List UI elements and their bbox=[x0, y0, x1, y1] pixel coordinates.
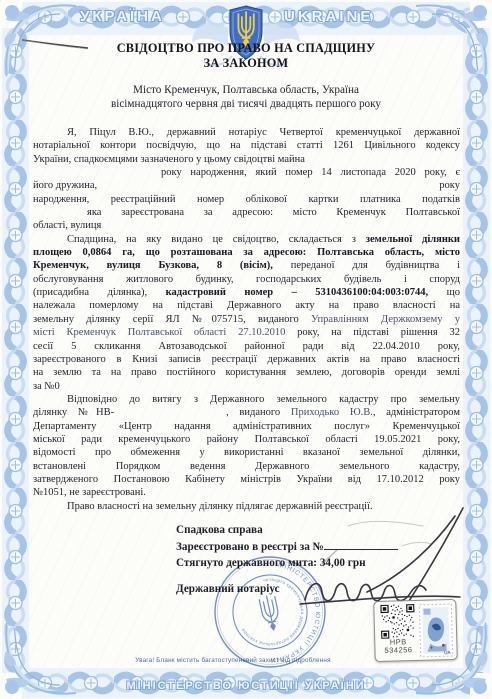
document-line: ділянку №НВ-, виданого Приходько Ю.В., а… bbox=[33, 406, 460, 419]
staple bbox=[14, 30, 104, 60]
document-line: (присадибна ділянка), кадастровий номер … bbox=[33, 286, 460, 299]
sticker-code: НРВ 534256 bbox=[384, 638, 412, 655]
date-line: вісімнадцятого червня дві тисячі двадцят… bbox=[0, 98, 492, 112]
document-line: України, спадкоємцями зазначеного у цьом… bbox=[33, 153, 460, 166]
document-line: року народження, який помер 14 листопада… bbox=[33, 166, 460, 179]
document-line: міської ради кременчуцького району Полта… bbox=[33, 433, 460, 446]
country-label-ua: УКРАЇНА bbox=[80, 7, 165, 27]
document-line: площею 0,0864 га, що розташована за адре… bbox=[33, 246, 460, 259]
postage-stamp-image: UA bbox=[417, 603, 454, 658]
document-line: земельну ділянку серії ЯЛ №075715, видан… bbox=[33, 313, 460, 326]
document-line: області, вулиця bbox=[33, 219, 460, 232]
border-left-band bbox=[2, 28, 29, 673]
document-line: нотаріальної контори посвідчую, що на пі… bbox=[33, 139, 460, 152]
sticker-left-column: НРВ 534256 bbox=[377, 604, 418, 659]
document-line: зареєстрованого в Книзі записів реєстрац… bbox=[33, 353, 460, 366]
qr-code bbox=[380, 604, 415, 639]
document-line: народження, реєстраційний номер обліково… bbox=[33, 193, 460, 206]
document-line: Департаменту «Центр надання адміністрати… bbox=[33, 420, 460, 433]
place-line: Місто Кременчук, Полтавська область, Укр… bbox=[0, 84, 492, 98]
redacted-blank bbox=[97, 179, 439, 181]
document-line: відомості про обмеження у використанні в… bbox=[33, 446, 460, 459]
document-line: яка зареєстрована за адресою: місто Крем… bbox=[33, 206, 460, 219]
document-line: обслуговування житлового будинку, господ… bbox=[33, 273, 460, 286]
redacted-blank bbox=[114, 413, 226, 415]
redacted-blank bbox=[33, 213, 87, 215]
document-line: затвердженого Постановою Кабінету мініст… bbox=[33, 473, 460, 486]
place-date-block: Місто Кременчук, Полтавська область, Укр… bbox=[0, 84, 492, 111]
document-body: Я, Піцул В.Ю., державний нотаріус Четвер… bbox=[33, 126, 460, 513]
document-line: за №0 bbox=[33, 380, 460, 393]
document-line: належала померлому на підставі Державног… bbox=[33, 299, 460, 312]
document-line: встановлені Порядком ведення Державного … bbox=[33, 460, 460, 473]
country-label-en: UKRAINE bbox=[284, 7, 373, 27]
document-line: сесії 5 скликання Автозаводської районно… bbox=[33, 340, 460, 353]
redacted-blank bbox=[33, 173, 161, 175]
document-line: на землю та на право постійного користув… bbox=[33, 366, 460, 379]
ministry-label: МІНІСТЕРСТВО ЮСТИЦІЇ УКРАЇНИ bbox=[0, 680, 492, 692]
sticker-code-number: 534256 bbox=[384, 646, 412, 655]
certificate-document: УКРАЇНА UKRAINE СВІДОЦТВО ПРО ПРАВО НА С… bbox=[0, 0, 492, 699]
document-line: Я, Піцул В.Ю., державний нотаріус Четвер… bbox=[33, 126, 460, 139]
stamp-country-label: UA bbox=[444, 650, 451, 655]
border-right-band bbox=[463, 28, 490, 673]
document-line: Відповідно до витягу з Державного земель… bbox=[33, 393, 460, 406]
document-line: місті Кременчук Полтавської області 27.1… bbox=[33, 326, 460, 339]
document-line: його дружина,року bbox=[33, 179, 460, 192]
document-line: №1051, не зареєстровані. bbox=[33, 486, 460, 499]
document-line: Кременчук, вулиця Бузкова, 8 (вісім), пе… bbox=[33, 259, 460, 272]
document-line: Спадщина, на яку видано це свідоцтво, ск… bbox=[33, 233, 460, 246]
hologram-sticker: НРВ 534256 UA bbox=[373, 599, 458, 662]
